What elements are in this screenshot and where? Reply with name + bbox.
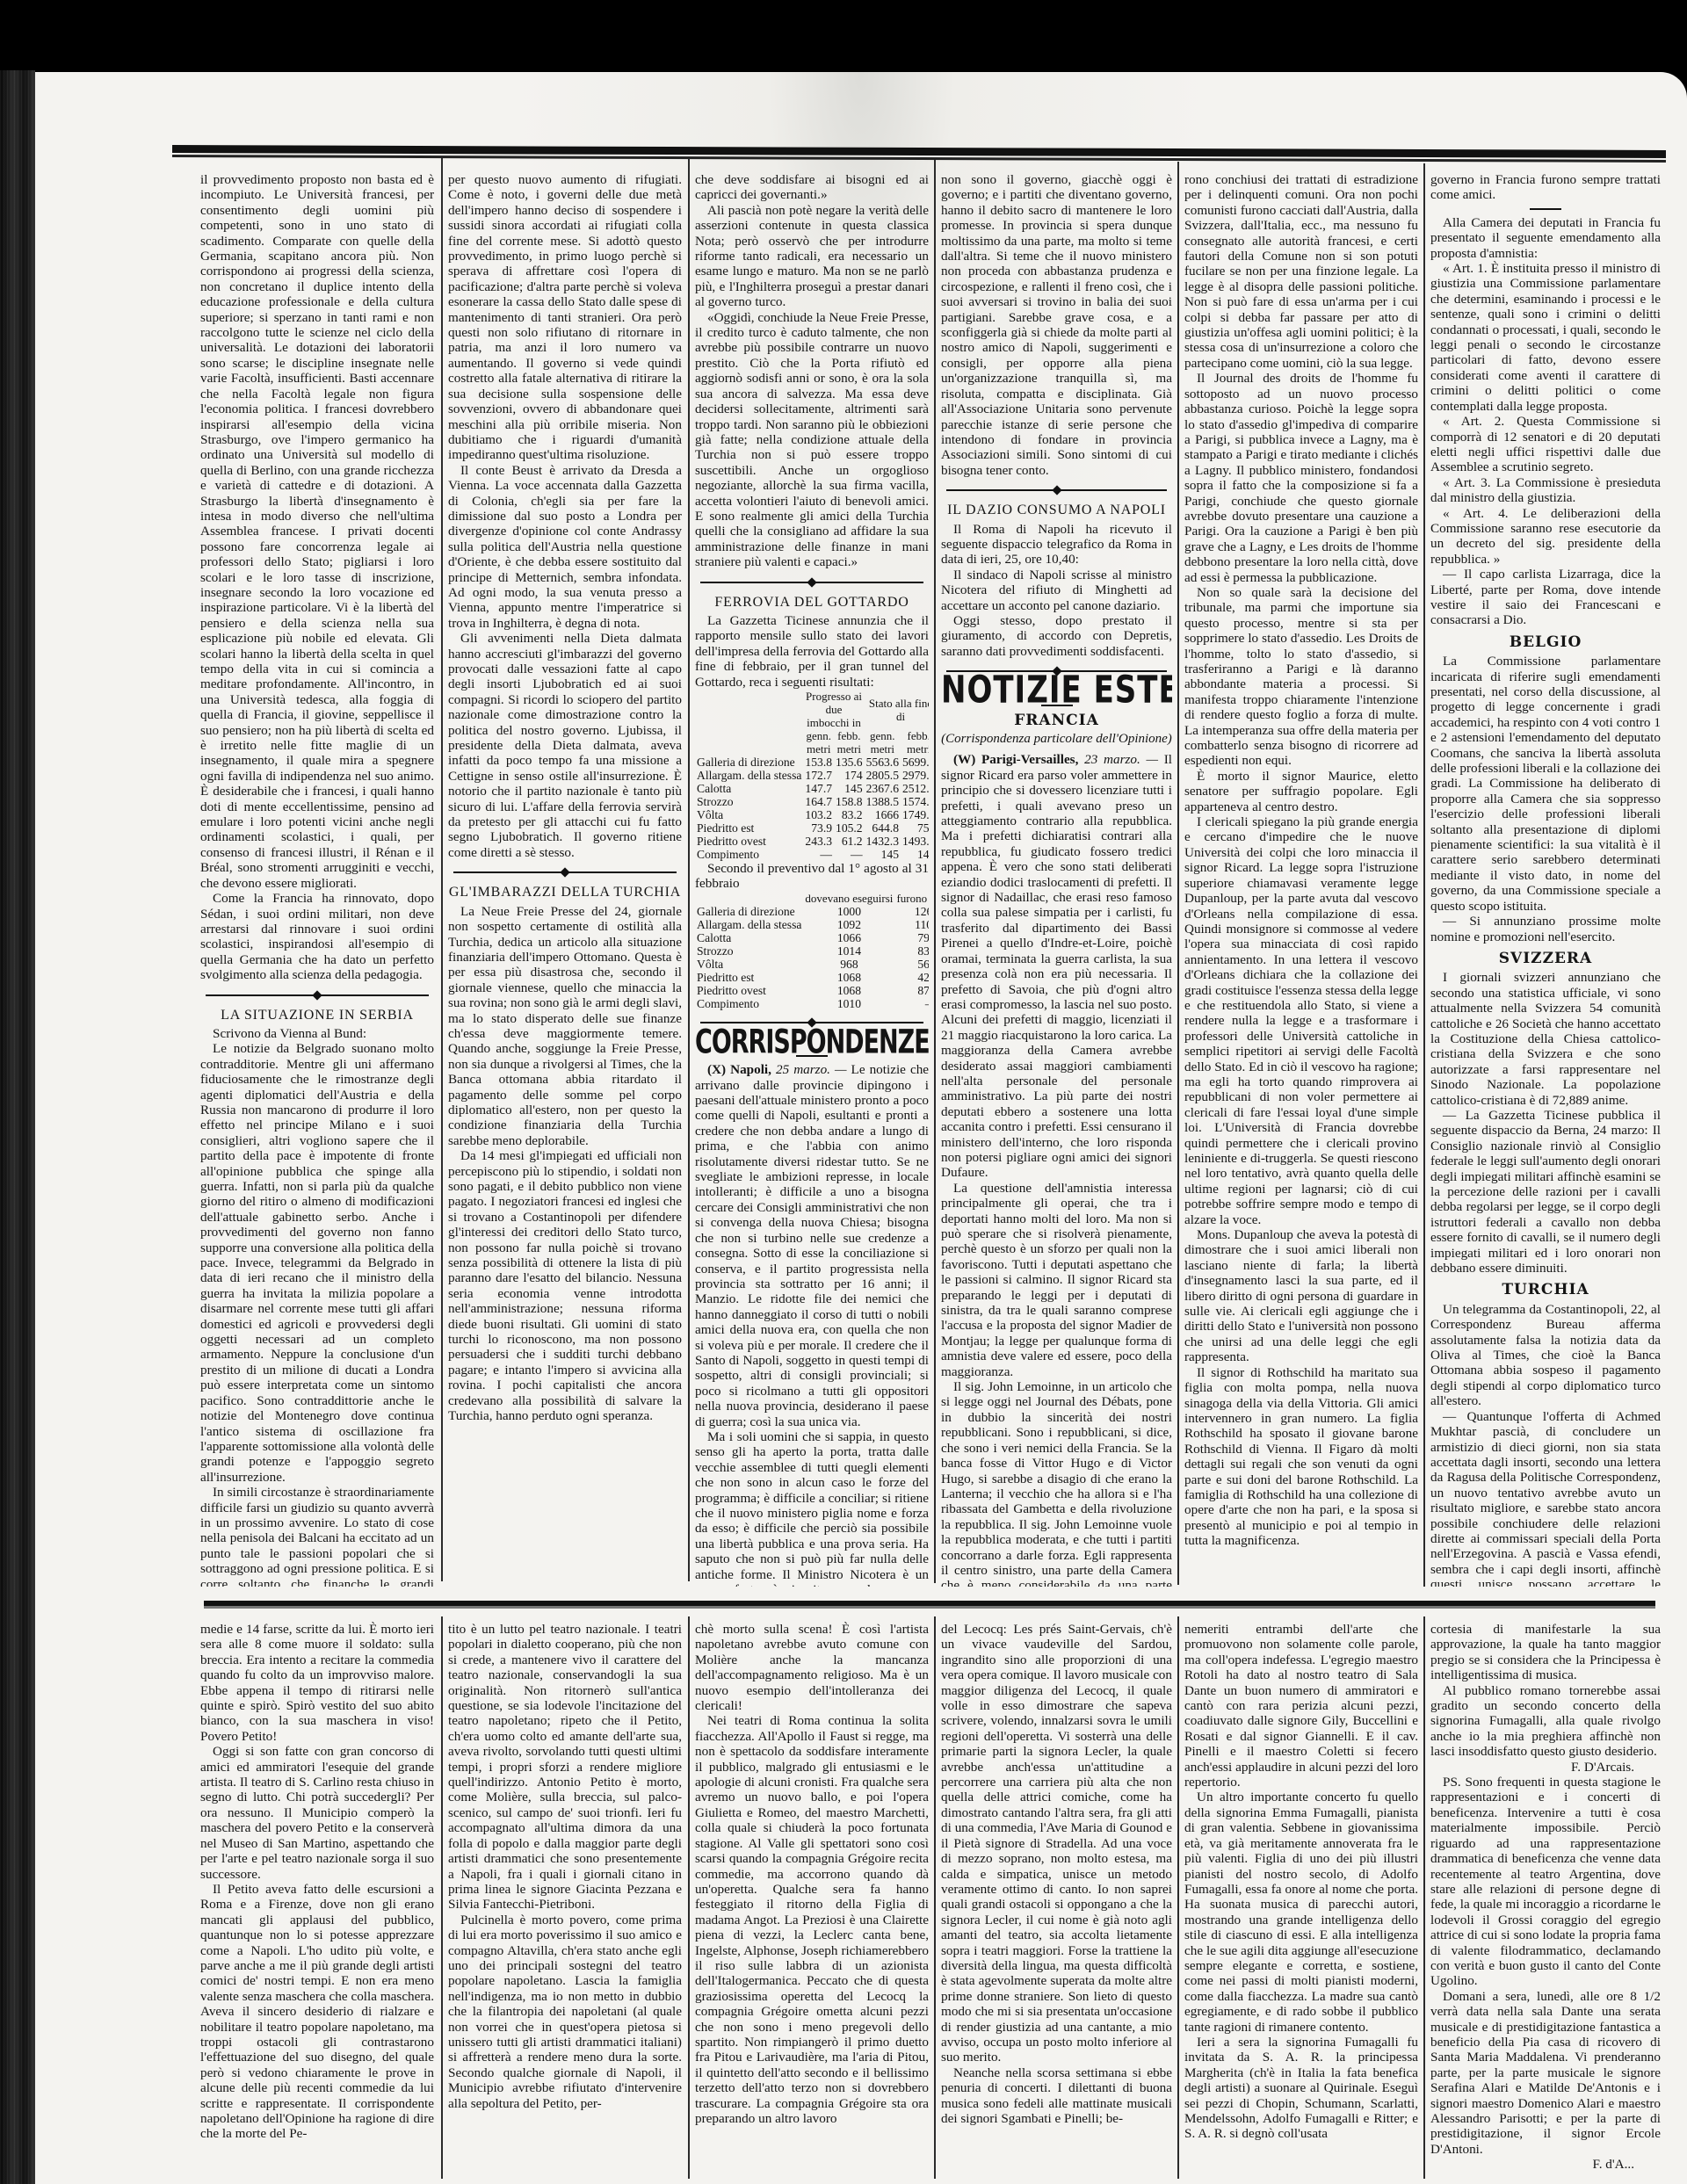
article-text: del Lecocq: Les prés Saint-Gervais, ch'è…	[941, 1622, 1172, 2065]
table-cell: 158.8	[834, 795, 865, 808]
table-cell: 2805.5	[865, 769, 901, 782]
table-cell: 1066	[803, 931, 894, 944]
table-unit: metri	[865, 742, 901, 756]
table-cell: 560.2	[894, 958, 929, 971]
table-cell: 1264.6	[894, 905, 929, 918]
article-text: I giornali svizzeri annunziano che secon…	[1430, 970, 1661, 1108]
article-text: Gli avvenimenti nella Dieta dalmata hann…	[448, 631, 682, 860]
table-cell: 1092	[803, 918, 894, 931]
table-cell: 61.2	[834, 835, 865, 848]
table-row: Compimento1010—	[695, 997, 929, 1010]
article-text: Nei teatri di Roma continua la solita fi…	[695, 1713, 929, 2126]
table-cell: 1574.3	[901, 795, 929, 808]
article-text: La questione dell'amnistia interessa pri…	[941, 1181, 1172, 1379]
article-text: — Il capo carlista Lizarraga, dice la Li…	[1430, 567, 1661, 628]
table-cell: 105.2	[834, 821, 865, 835]
row-label: Allargam. della stessa	[695, 918, 803, 931]
table-column-header: furono eseguiti	[894, 892, 929, 905]
table-cell: 1666	[865, 808, 901, 821]
column-3: che deve soddisfare ai bisogni ed ai cap…	[695, 172, 929, 1587]
article-text: I clericali spiegano la più grande energ…	[1184, 814, 1418, 1227]
article-text: Oggi si son fatte con gran concorso di a…	[200, 1744, 434, 1882]
table-row: Calotta147.71452367.62512.6	[695, 782, 929, 795]
column-divider	[934, 160, 936, 1583]
table-cell: 243.3	[803, 835, 834, 848]
table-header-row: genn.febb.genn.febb.	[695, 729, 929, 742]
article-text: «Oggidì, conchiude la Neue Freie Presse,…	[695, 310, 929, 570]
table-unit-row: metrimetrimetrimetri	[695, 742, 929, 756]
article-text: Oggi stesso, dopo prestato il giuramento…	[941, 613, 1172, 659]
table-cell: 1000	[803, 905, 894, 918]
row-label: Allargam. della stessa	[695, 769, 803, 782]
article-text: Il signor Ricard era parso voler ammette…	[941, 752, 1172, 1180]
article-text: il provvedimento proposto non basta ed è…	[200, 172, 434, 891]
section-banner-notizie-estere: NOTIZIE ESTERE	[941, 682, 1172, 701]
article-text: Un altro importante concerto fu quello d…	[1184, 1790, 1418, 2035]
article-text: Domani a sera, lunedì, alle ore 8 1/2 ve…	[1430, 1989, 1661, 2157]
bottom-column-2: tito è un lutto pel teatro nazionale. I …	[448, 1622, 682, 2180]
feuilleton-separator	[200, 1592, 1659, 1615]
article-text: tito è un lutto pel teatro nazionale. I …	[448, 1622, 682, 1913]
article-text: « Art. 3. La Commissione è presieduta da…	[1430, 475, 1661, 506]
table-cell: 1493.5	[901, 835, 929, 848]
row-label: Vôlta	[695, 808, 803, 821]
row-label: Strozzo	[695, 944, 803, 958]
article-text: medie e 14 farse, scritte da lui. È mort…	[200, 1622, 434, 1744]
article-text: Le notizie che arrivano dalle provincie …	[695, 1062, 929, 1428]
table-cell: 145	[901, 848, 929, 861]
article-text: Ieri a sera la signorina Fumagalli fu in…	[1184, 2035, 1418, 2142]
column-6: governo in Francia furono sempre trattat…	[1430, 172, 1661, 1587]
table-cell: 83.2	[834, 808, 865, 821]
table-cell: 73.9	[803, 821, 834, 835]
article-text: Le notizie da Belgrado suonano molto con…	[200, 1041, 434, 1485]
table-header-row: Progresso ai due imbocchi inStato alla f…	[695, 690, 929, 729]
row-label: Compimento	[695, 848, 803, 861]
section-title-turchia: GL'IMBARAZZI DELLA TURCHIA	[448, 885, 682, 900]
table-cell: 877.2	[894, 984, 929, 997]
table-cell: 172.7	[803, 769, 834, 782]
table-cell: 1068	[803, 971, 894, 984]
table-unit: metri	[803, 742, 834, 756]
article-text: La Commissione parlamentare incaricata d…	[1430, 654, 1661, 914]
article-text: « Art. 2. Questa Commissione si comporrà…	[1430, 414, 1661, 475]
article-text: Mons. Dupanloup che aveva la potestà di …	[1184, 1227, 1418, 1365]
article-text: non sono il governo, giacchè oggi è gove…	[941, 172, 1172, 478]
table-header-row: dovevano eseguirsifurono eseguiti	[695, 892, 929, 905]
article-text: Ali pascià non potè negare la verità del…	[695, 203, 929, 310]
table-cell: 791.6	[894, 931, 929, 944]
row-label: Compimento	[695, 997, 803, 1010]
section-title-dazio: IL DAZIO CONSUMO A NAPOLI	[941, 503, 1172, 517]
article-text: — Si annunziano prossime molte nomine e …	[1430, 914, 1661, 944]
short-rule	[1530, 208, 1561, 210]
table-row: Piedritto est73.9105.2644.8750	[695, 821, 929, 835]
table-column-header: febb.	[834, 729, 865, 742]
table-row: Vôlta968560.2	[695, 958, 929, 971]
table-cell	[695, 690, 803, 729]
dateline-date: 25 marzo. —	[776, 1062, 847, 1077]
row-label: Galleria di direzione	[695, 905, 803, 918]
table-cell: 145	[865, 848, 901, 861]
article-text: Neanche nella scorsa settimana si ebbe p…	[941, 2065, 1172, 2127]
table-cell: 1106.5	[894, 918, 929, 931]
bottom-column-1: medie e 14 farse, scritte da lui. È mort…	[200, 1622, 434, 2180]
article-text: Da 14 mesi gl'impiegati ed ufficiali non…	[448, 1148, 682, 1423]
section-banner-corrispondenze: CORRISPONDENZE ITALIANE	[695, 1031, 929, 1052]
article-text: Il sig. John Lemoinne, in un articolo ch…	[941, 1379, 1172, 1587]
table-row: Piedritto est1068428.1	[695, 971, 929, 984]
table-cell: —	[894, 997, 929, 1010]
column-divider	[688, 158, 690, 1581]
table-column-header: genn.	[865, 729, 901, 742]
ornamental-rule	[946, 485, 1167, 495]
row-label: Piedritto ovest	[695, 835, 803, 848]
article-text: Alla Camera dei deputati in Francia fu p…	[1430, 215, 1661, 261]
bottom-column-3: chè morto sulla scena! È così l'artista …	[695, 1622, 929, 2180]
correspondence-note: (Corrispondenza particolare dell'Opinion…	[941, 732, 1172, 747]
table-cell: 135.6	[834, 756, 865, 769]
row-label: Strozzo	[695, 795, 803, 808]
table-cell: 2979.5	[901, 769, 929, 782]
column-2: per questo nuovo aumento di rifugiati. C…	[448, 172, 682, 1587]
row-label: Vôlta	[695, 958, 803, 971]
table-column-header: dovevano eseguirsi	[803, 892, 894, 905]
article-text: « Art. 4. Le deliberazioni della Commiss…	[1430, 506, 1661, 568]
article-lead: Scrivono da Vienna al Bund:	[200, 1026, 434, 1041]
table-cell: 750	[901, 821, 929, 835]
dateline-place: (X) Napoli,	[707, 1062, 771, 1077]
table-row: Piedritto ovest243.361.21432.31493.5	[695, 835, 929, 848]
bottom-column-4: del Lecocq: Les prés Saint-Gervais, ch'è…	[941, 1622, 1172, 2180]
table-cell: —	[803, 848, 834, 861]
country-heading-belgio: BELGIO	[1430, 635, 1661, 650]
country-heading-francia: FRANCIA	[941, 713, 1172, 728]
table-cell: 1014	[803, 944, 894, 958]
ornamental-rule	[700, 577, 923, 588]
table-cell: 153.8	[803, 756, 834, 769]
table-cell: 1749.2	[901, 808, 929, 821]
table-cell: 968	[803, 958, 894, 971]
author-signature: F. D'Arcais.	[1430, 1760, 1661, 1775]
dateline-date: 23 marzo. —	[1084, 752, 1158, 767]
section-title-ferrovia: FERROVIA DEL GOTTARDO	[695, 595, 929, 610]
table-cell: 145	[834, 782, 865, 795]
article-text: Pulcinella è morto povero, come prima di…	[448, 1913, 682, 2111]
row-label: Piedritto ovest	[695, 984, 803, 997]
article-text: governo in Francia furono sempre trattat…	[1430, 172, 1661, 203]
table-group-header: Stato alla fine di	[865, 690, 929, 729]
country-heading-svizzera: SVIZZERA	[1430, 951, 1661, 966]
article-text: per questo nuovo aumento di rifugiati. C…	[448, 172, 682, 463]
article-text: PS. Sono frequenti in questa stagione le…	[1430, 1775, 1661, 1989]
table-cell: 832.8	[894, 944, 929, 958]
table-unit: metri	[901, 742, 929, 756]
column-4: non sono il governo, giacchè oggi è gove…	[941, 172, 1172, 1587]
table-cell: 2512.6	[901, 782, 929, 795]
column-divider	[1423, 1616, 1425, 2179]
table-cell: 164.7	[803, 795, 834, 808]
table-row: Strozzo1014832.8	[695, 944, 929, 958]
article-text: cortesia di manifestarle la sua approvaz…	[1430, 1622, 1661, 1683]
article-text: che deve soddisfare ai bisogni ed ai cap…	[695, 172, 929, 203]
row-label: Piedritto est	[695, 821, 803, 835]
table-cell: 174	[834, 769, 865, 782]
article-text: Secondo il preventivo dal 1° agosto al 3…	[695, 861, 929, 892]
table-row: Galleria di direzione153.8135.65563.6569…	[695, 756, 929, 769]
author-signature: F. d'A...	[1430, 2157, 1661, 2172]
table-cell: 5699.2	[901, 756, 929, 769]
column-5: rono conchiusi dei trattati di estradizi…	[1184, 172, 1418, 1587]
table-cell: 147.7	[803, 782, 834, 795]
row-label: Piedritto est	[695, 971, 803, 984]
column-divider	[688, 1616, 690, 2179]
article-text: Non so quale sarà la decisione del tribu…	[1184, 585, 1418, 769]
table-row: Allargam. della stessa10921106.5	[695, 918, 929, 931]
table-column-header: febb.	[901, 729, 929, 742]
row-label: Calotta	[695, 782, 803, 795]
article-text: La Neue Freie Presse del 24, giornale no…	[448, 904, 682, 1149]
column-divider	[1177, 1616, 1179, 2179]
article-text: Il Journal des droits de l'homme fu sott…	[1184, 371, 1418, 585]
table-cell: 103.2	[803, 808, 834, 821]
table-row: Vôlta103.283.216661749.2	[695, 808, 929, 821]
column-divider	[1177, 162, 1179, 1585]
article-text: Come la Francia ha rinnovato, dopo Sédan…	[200, 891, 434, 982]
ornamental-rule	[206, 990, 429, 1001]
table-row: Calotta1066791.6	[695, 931, 929, 944]
article-text: — Quantunque l'offerta di Achmed Mukhtar…	[1430, 1409, 1661, 1587]
article-text: La Gazzetta Ticinese annunzia che il rap…	[695, 613, 929, 690]
table-cell: 1010	[803, 997, 894, 1010]
row-label: Calotta	[695, 931, 803, 944]
article-text: — La Gazzetta Ticinese pubblica il segue…	[1430, 1108, 1661, 1276]
table-unit: metri	[834, 742, 865, 756]
article-text: In simili circostanze è straordinariamen…	[200, 1485, 434, 1587]
table-row: Compimento——145145	[695, 848, 929, 861]
table-row: Allargam. della stessa172.71742805.52979…	[695, 769, 929, 782]
bottom-column-6: cortesia di manifestarle la sua approvaz…	[1430, 1622, 1661, 2180]
article-text: Il Roma di Napoli ha ricevuto il seguent…	[941, 522, 1172, 568]
table-cell: —	[834, 848, 865, 861]
book-binding	[0, 70, 35, 2184]
table-cell	[695, 892, 803, 905]
table-row: Piedritto ovest1068877.2	[695, 984, 929, 997]
column-divider	[1423, 163, 1425, 1587]
table-cell	[695, 729, 803, 742]
table-cell: 2367.6	[865, 782, 901, 795]
table-cell: 1432.3	[865, 835, 901, 848]
tunnel-forecast-table: dovevano eseguirsifurono eseguitiGalleri…	[695, 892, 929, 1010]
row-label: Galleria di direzione	[695, 756, 803, 769]
table-cell	[695, 742, 803, 756]
article-text: rono conchiusi dei trattati di estradizi…	[1184, 172, 1418, 371]
article-text: Il conte Beust è arrivato da Dresda a Vi…	[448, 463, 682, 631]
article-text: Il signor di Rothschild ha maritato sua …	[1184, 1365, 1418, 1549]
table-cell: 5563.6	[865, 756, 901, 769]
column-1: il provvedimento proposto non basta ed è…	[200, 172, 434, 1587]
column-divider	[934, 1616, 936, 2179]
table-group-header: Progresso ai due imbocchi in	[803, 690, 864, 729]
article-text: Ma i soli uomini che si sappia, in quest…	[695, 1429, 929, 1587]
bottom-column-5: nemeriti entrambi dell'arte che promuovo…	[1184, 1622, 1418, 2180]
country-heading-turchia: TURCHIA	[1430, 1283, 1661, 1298]
article-text: Il sindaco di Napoli scrisse al ministro…	[941, 568, 1172, 613]
article-text: nemeriti entrambi dell'arte che promuovo…	[1184, 1622, 1418, 1790]
column-divider	[441, 158, 443, 1581]
table-column-header: genn.	[803, 729, 834, 742]
article-text: È morto il signor Maurice, eletto senato…	[1184, 769, 1418, 814]
table-cell: 1068	[803, 984, 894, 997]
article-text: Il Petito aveva fatto delle escursioni a…	[200, 1882, 434, 2142]
article-text: chè morto sulla scena! È così l'artista …	[695, 1622, 929, 1713]
table-cell: 1388.5	[865, 795, 901, 808]
dateline-place: (W) Parigi-Versailles,	[953, 752, 1078, 767]
ornamental-rule	[453, 867, 677, 878]
article-text: Al pubblico romano tornerebbe assai grad…	[1430, 1683, 1661, 1760]
column-divider	[441, 1616, 443, 2179]
table-row: Strozzo164.7158.81388.51574.3	[695, 795, 929, 808]
article-text: Un telegramma da Costantinopoli, 22, al …	[1430, 1302, 1661, 1409]
table-row: Galleria di direzione10001264.6	[695, 905, 929, 918]
article-text: « Art. 1. È instituita presso il ministr…	[1430, 261, 1661, 414]
tunnel-progress-table: Progresso ai due imbocchi inStato alla f…	[695, 690, 929, 861]
table-cell: 428.1	[894, 971, 929, 984]
section-title-serbia: LA SITUAZIONE IN SERBIA	[200, 1008, 434, 1023]
table-cell: 644.8	[865, 821, 901, 835]
